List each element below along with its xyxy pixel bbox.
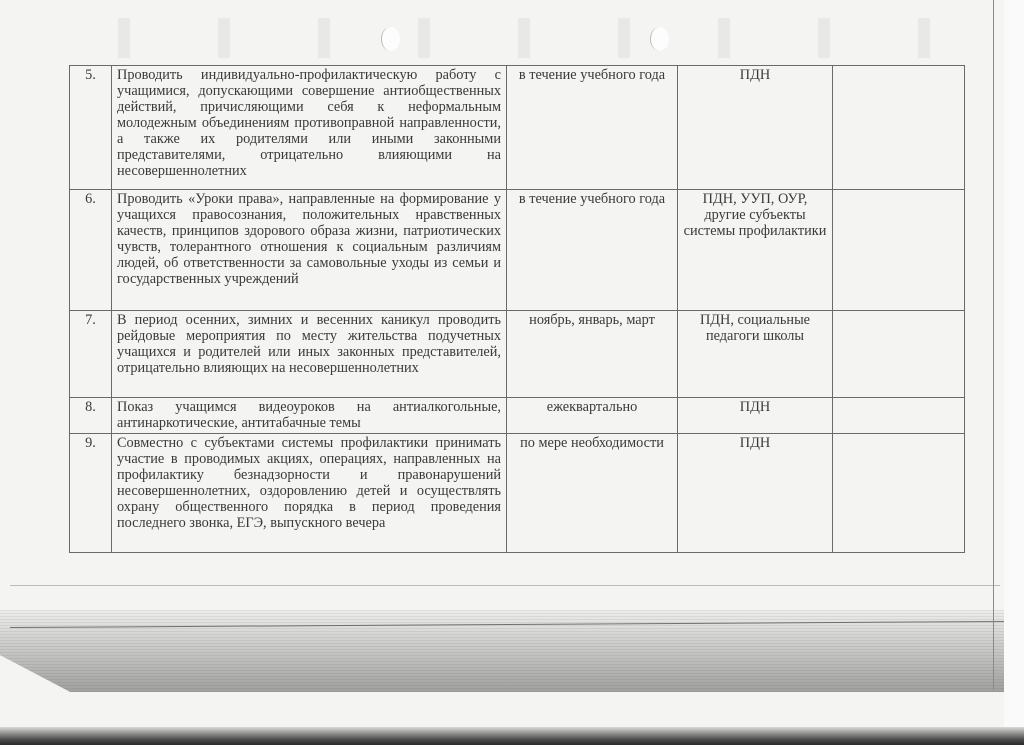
row-number: 6. <box>70 190 112 311</box>
row-task: Проводить «Уроки права», направленные на… <box>112 190 507 311</box>
row-term: по мере необходимости <box>507 434 678 553</box>
scan-artifact <box>0 610 1004 692</box>
row-number: 7. <box>70 311 112 398</box>
row-responsible: ПДН, УУП, ОУР, другие субъекты системы п… <box>678 190 833 311</box>
punch-hole-left <box>381 27 400 51</box>
row-responsible: ПДН <box>678 66 833 190</box>
row-responsible: ПДН, социальные педагоги школы <box>678 311 833 398</box>
row-term: ноябрь, январь, март <box>507 311 678 398</box>
row-number: 8. <box>70 398 112 434</box>
row-note <box>833 190 965 311</box>
row-term: в течение учебного года <box>507 190 678 311</box>
row-number: 9. <box>70 434 112 553</box>
row-note <box>833 398 965 434</box>
row-term: в течение учебного года <box>507 66 678 190</box>
row-note <box>833 66 965 190</box>
scanned-page: 5. Проводить индивидуально-профилактичес… <box>0 0 1005 728</box>
row-task: Показ учащимся видеоуроков на антиалкого… <box>112 398 507 434</box>
show-through-text <box>70 18 960 58</box>
punch-hole-right <box>650 27 669 51</box>
row-note <box>833 434 965 553</box>
table-row: 8. Показ учащимся видеоуроков на антиалк… <box>70 398 965 434</box>
table-row: 6. Проводить «Уроки права», направленные… <box>70 190 965 311</box>
row-task: Совместно с субъектами системы профилакт… <box>112 434 507 553</box>
faint-rule <box>10 585 1000 586</box>
scanner-margin <box>1004 0 1024 727</box>
row-task: В период осенних, зимних и весенних кани… <box>112 311 507 398</box>
row-term: ежеквартально <box>507 398 678 434</box>
row-note <box>833 311 965 398</box>
row-responsible: ПДН <box>678 434 833 553</box>
page-edge <box>993 0 994 690</box>
table-row: 9. Совместно с субъектами системы профил… <box>70 434 965 553</box>
row-responsible: ПДН <box>678 398 833 434</box>
activity-table: 5. Проводить индивидуально-профилактичес… <box>69 65 965 553</box>
row-number: 5. <box>70 66 112 190</box>
scanner-bottom-shadow <box>0 727 1024 745</box>
row-task: Проводить индивидуально-профилактическую… <box>112 66 507 190</box>
table-row: 5. Проводить индивидуально-профилактичес… <box>70 66 965 190</box>
table-row: 7. В период осенних, зимних и весенних к… <box>70 311 965 398</box>
